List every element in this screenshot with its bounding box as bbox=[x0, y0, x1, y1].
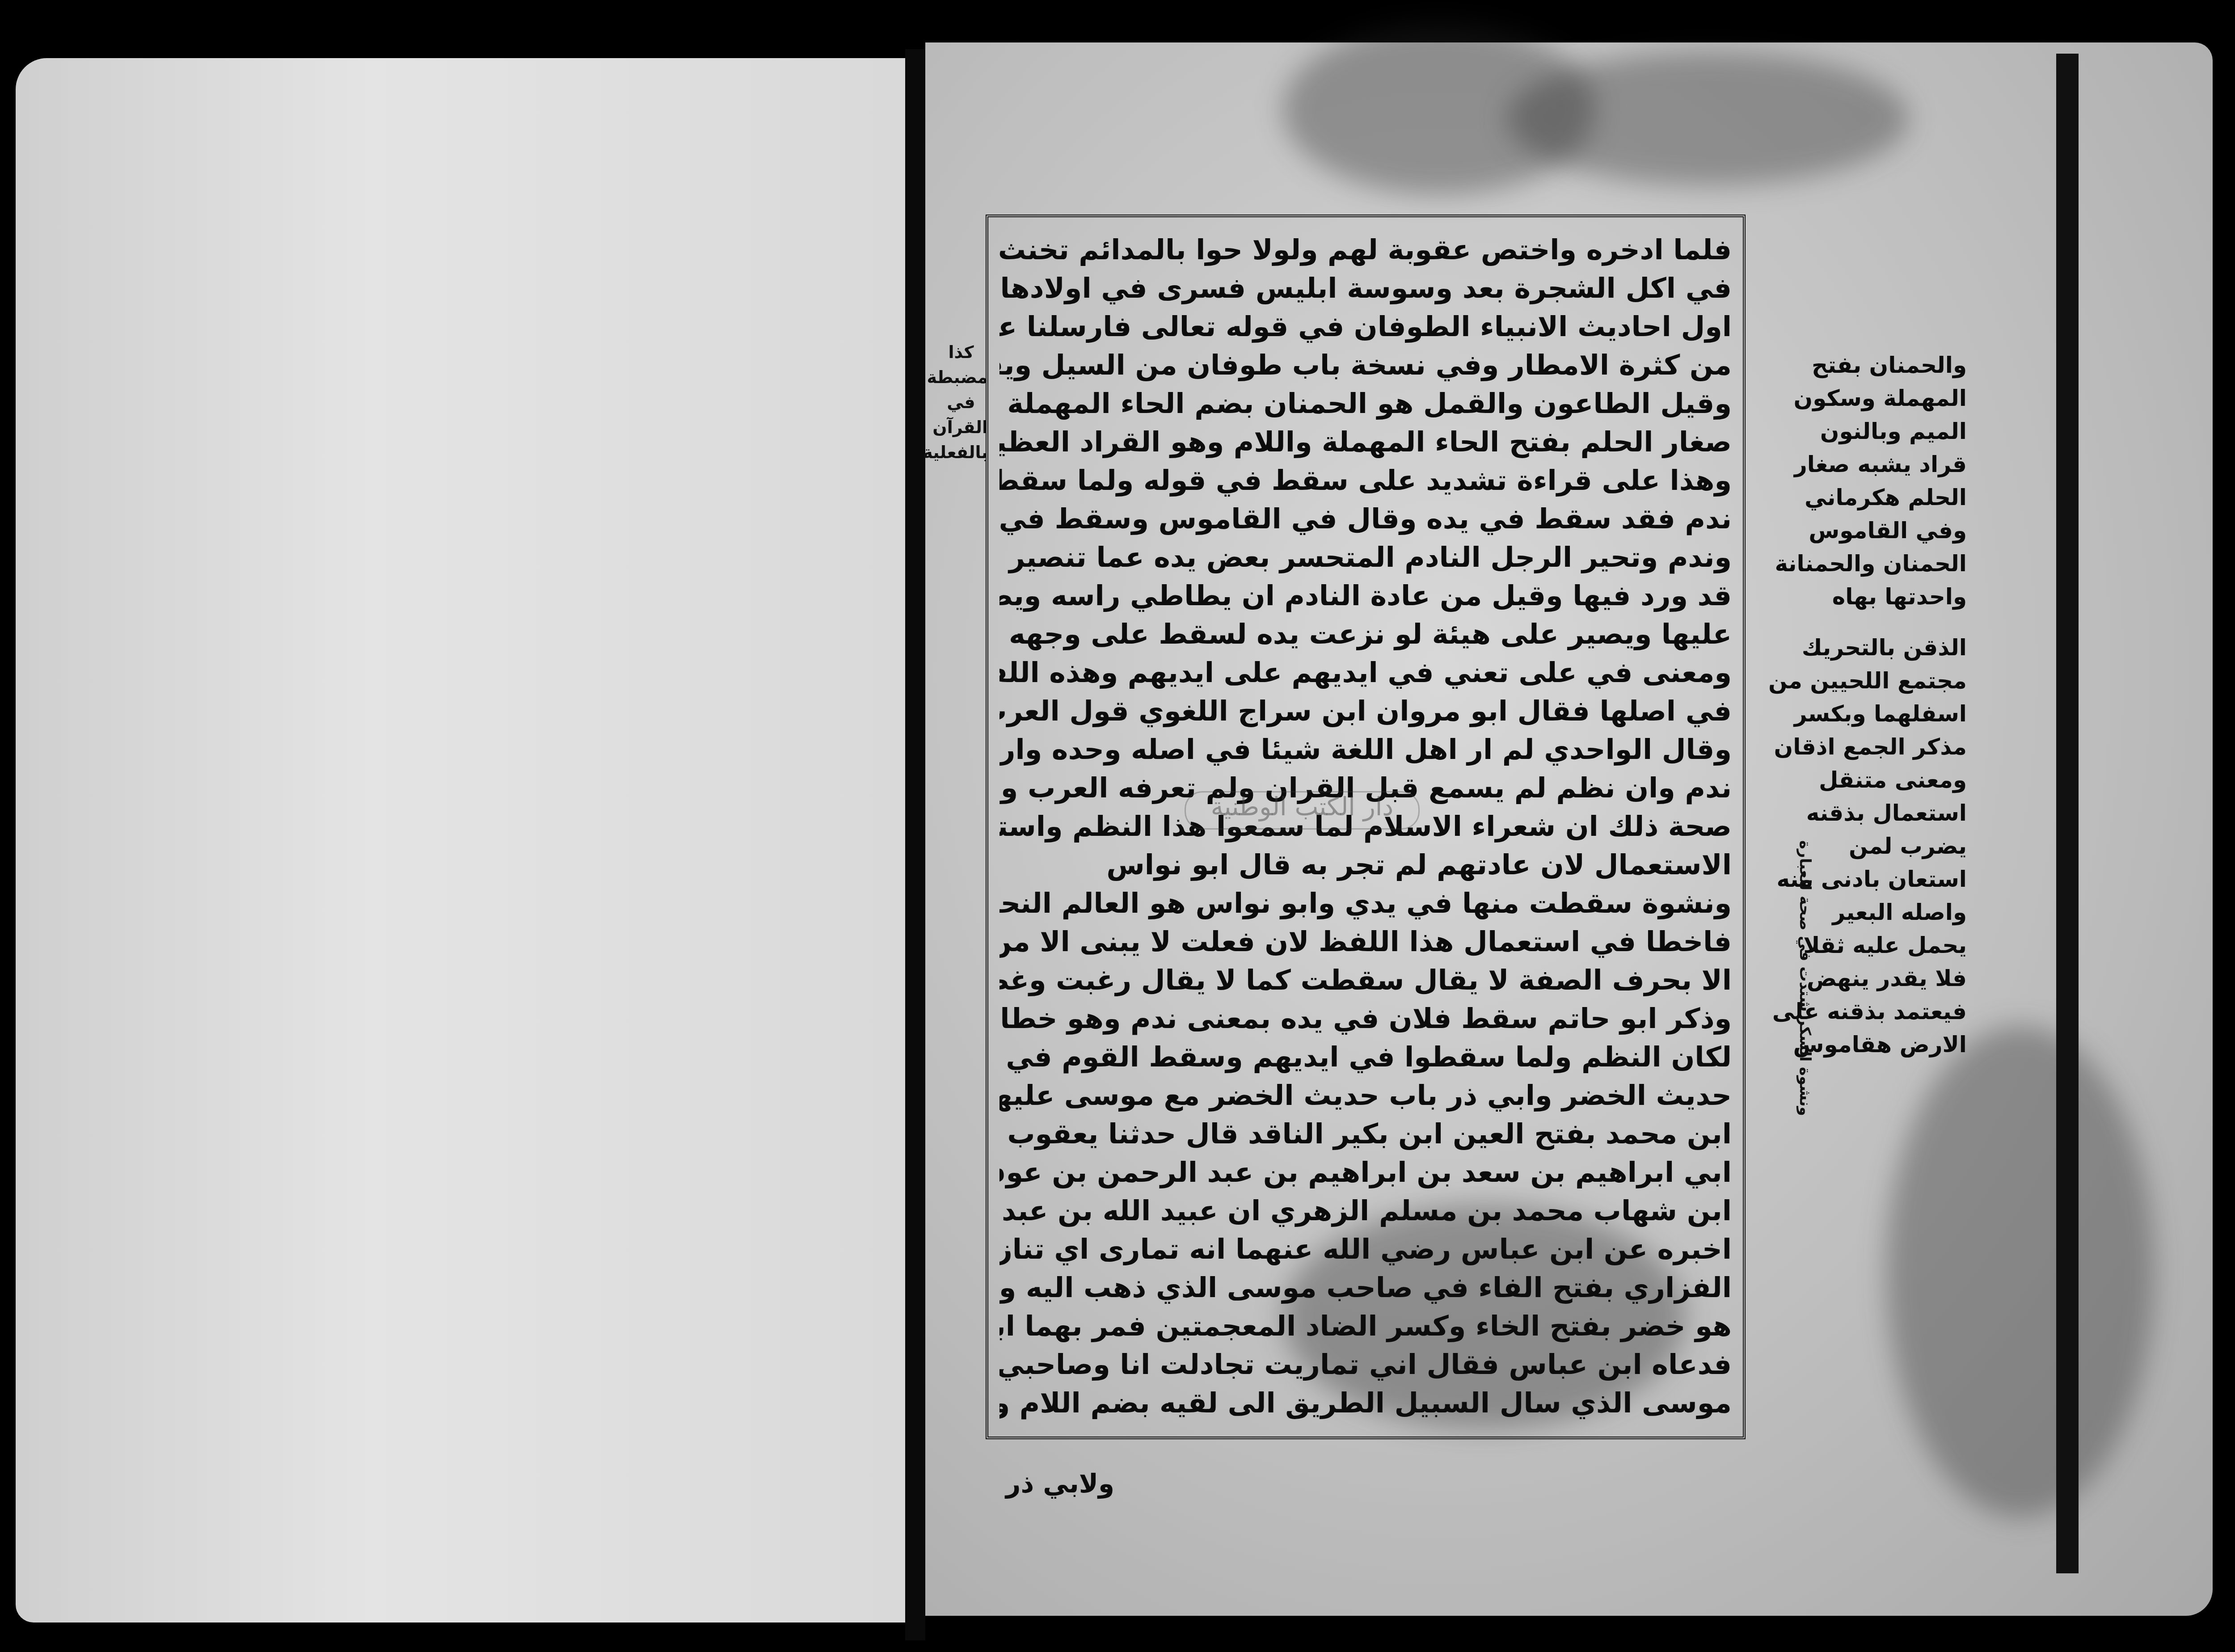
text-line: ندم فقد سقط في يده وقال في القاموس وسقط … bbox=[999, 500, 1732, 538]
text-line: وقال الواحدي لم ار اهل اللغة شيئا في اصل… bbox=[999, 730, 1732, 769]
text-line: هو خضر بفتح الخاء وكسر الضاد المعجمتين ف… bbox=[999, 1307, 1732, 1345]
text-line: ابن محمد بفتح العين ابن بكير الناقد قال … bbox=[999, 1115, 1732, 1153]
text-line: صغار الحلم بفتح الحاء المهملة واللام وهو… bbox=[999, 423, 1732, 461]
water-stain bbox=[1886, 1026, 2155, 1517]
text-line: موسى الذي سال السبيل الطريق الى لقيه بضم… bbox=[999, 1384, 1732, 1422]
text-line: اخبره عن ابن عباس رضي الله عنهما انه تما… bbox=[999, 1230, 1732, 1268]
text-line: في اكل الشجرة بعد وسوسة ابليس فسرى في او… bbox=[999, 269, 1732, 308]
text-line: ونشوة سقطت منها في يدي وابو نواس هو العا… bbox=[999, 884, 1732, 923]
text-line: من كثرة الامطار وفي نسخة باب طوفان من ال… bbox=[999, 346, 1732, 384]
blank-left-leaf bbox=[16, 58, 905, 1622]
text-line: لكان النظم ولما سقطوا في ايديهم وسقط الق… bbox=[999, 1038, 1732, 1076]
text-line: فاخطا في استعمال هذا اللفظ لان فعلت لا ي… bbox=[999, 923, 1732, 961]
text-line: اول احاديث الانبياء الطوفان في قوله تعال… bbox=[999, 308, 1732, 346]
left-margin-note: كذا مضبطة في القرآن بالفعلية bbox=[934, 340, 988, 465]
text-line: وهذا على قراءة تشديد على سقط في قوله ولم… bbox=[999, 461, 1732, 500]
text-line: وندم وتحير الرجل النادم المتحسر بعض يده … bbox=[999, 538, 1732, 577]
text-line: الاستعمال لان عادتهم لم تجر به قال ابو ن… bbox=[999, 846, 1732, 884]
book-gutter bbox=[905, 49, 925, 1640]
text-line: عليها ويصير على هيئة لو نزعت يده لسقط عل… bbox=[999, 615, 1732, 653]
text-line: حديث الخضر وابي ذر باب حديث الخضر مع موس… bbox=[999, 1076, 1732, 1115]
page-edge-shadow bbox=[2056, 54, 2079, 1573]
text-line: فدعاه ابن عباس فقال اني تماريت تجادلت ان… bbox=[999, 1345, 1732, 1384]
vertical-margin-note: ونشوة السكر شتدت في صحة للعبارة bbox=[1761, 840, 1815, 1116]
text-line: الفزاري بفتح الفاء في صاحب موسى الذي ذهب… bbox=[999, 1268, 1732, 1307]
text-line: قد ورد فيها وقيل من عادة النادم ان يطاطي… bbox=[999, 577, 1732, 615]
catchword: ولابي ذر bbox=[1006, 1468, 1114, 1499]
text-line: ومعنى في على تعني في ايديهم على ايديهم و… bbox=[999, 653, 1732, 692]
text-line: الا بحرف الصفة لا يقال سقطت كما لا يقال … bbox=[999, 961, 1732, 999]
text-line: في اصلها فقال ابو مروان ابن سراج اللغوي … bbox=[999, 692, 1732, 730]
library-stamp: دار الكتب الوطنية bbox=[1185, 791, 1420, 830]
text-line: وقيل الطاعون والقمل هو الحمنان بضم الحاء… bbox=[999, 384, 1732, 423]
text-line: ابي ابراهيم بن سعد بن ابراهيم بن عبد الر… bbox=[999, 1153, 1732, 1192]
text-line: ابن شهاب محمد بن مسلم الزهري ان عبيد الل… bbox=[999, 1192, 1732, 1230]
text-line: وذكر ابو حاتم سقط فلان في يده بمعنى ندم … bbox=[999, 999, 1732, 1038]
text-line: فلما ادخره واختص عقوبة لهم ولولا حوا بال… bbox=[999, 231, 1732, 269]
margin-note: والحمنان بفتح المهملة وسكون الميم وبالنو… bbox=[1766, 349, 1967, 613]
water-stain bbox=[1506, 51, 1909, 185]
